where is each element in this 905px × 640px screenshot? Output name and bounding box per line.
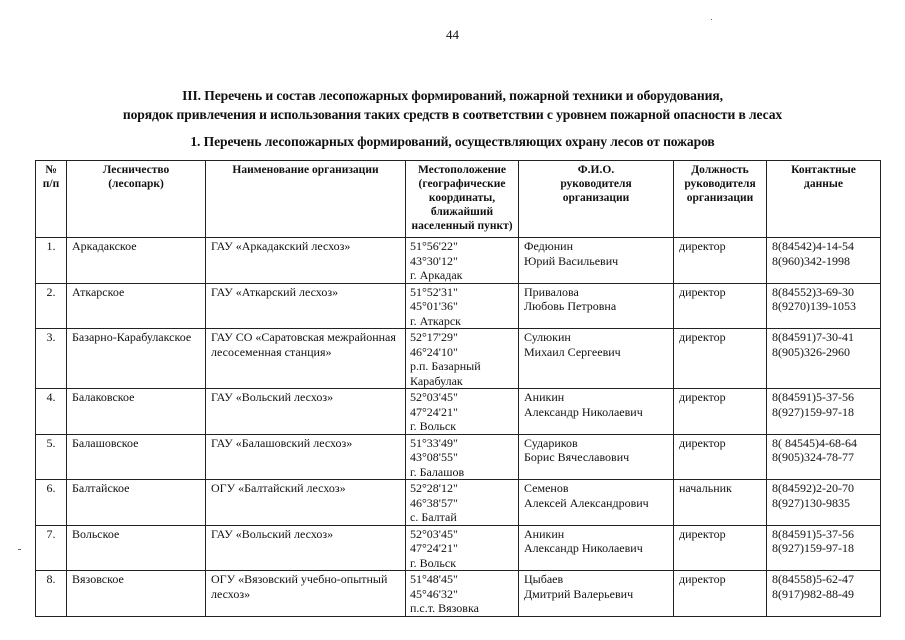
row-number: 7.	[36, 525, 67, 571]
section-title-line-2: порядок привлечения и использования таки…	[0, 105, 905, 124]
header-contacts: Контактные данные	[767, 161, 881, 238]
scan-speck	[18, 549, 21, 550]
head-position: директор	[674, 283, 767, 329]
table-header-row: № п/п Лесничество (лесопарк) Наименовани…	[36, 161, 881, 238]
forestry-name: Вязовское	[67, 571, 206, 617]
location: 52°03'45" 47°24'21" г. Вольск	[406, 525, 519, 571]
contacts: 8(84552)3-69-30 8(9270)139-1053	[767, 283, 881, 329]
row-number: 3.	[36, 329, 67, 389]
forestry-name: Аткарское	[67, 283, 206, 329]
head-name: Федюнин Юрий Васильевич	[519, 238, 674, 284]
header-position: Должность руководителя организации	[674, 161, 767, 238]
table-row: 3. Базарно-Карабулакское ГАУ СО «Саратов…	[36, 329, 881, 389]
location: 52°17'29" 46°24'10" р.п. Базарный Карабу…	[406, 329, 519, 389]
table-row: 2. Аткарское ГАУ «Аткарский лесхоз» 51°5…	[36, 283, 881, 329]
location: 51°33'49" 43°08'55" г. Балашов	[406, 434, 519, 480]
forestry-name: Вольское	[67, 525, 206, 571]
head-position: директор	[674, 434, 767, 480]
location: 51°52'31" 45°01'36" г. Аткарск	[406, 283, 519, 329]
table-row: 7. Вольское ГАУ «Вольский лесхоз» 52°03'…	[36, 525, 881, 571]
row-number: 2.	[36, 283, 67, 329]
organization-name: ГАУ «Вольский лесхоз»	[206, 389, 406, 435]
location: 52°28'12" 46°38'57" с. Балтай	[406, 480, 519, 526]
head-name: Аникин Александр Николаевич	[519, 525, 674, 571]
table-row: 6. Балтайское ОГУ «Балтайский лесхоз» 52…	[36, 480, 881, 526]
header-number: № п/п	[36, 161, 67, 238]
head-name: Сулюкин Михаил Сергеевич	[519, 329, 674, 389]
head-name: Аникин Александр Николаевич	[519, 389, 674, 435]
forestry-name: Балашовское	[67, 434, 206, 480]
head-position: директор	[674, 238, 767, 284]
contacts: 8(84558)5-62-47 8(917)982-88-49	[767, 571, 881, 617]
table-row: 8. Вязовское ОГУ «Вязовский учебно-опытн…	[36, 571, 881, 617]
contacts: 8(84591)5-37-56 8(927)159-97-18	[767, 525, 881, 571]
header-organization: Наименование организации	[206, 161, 406, 238]
table-row: 1. Аркадакское ГАУ «Аркадакский лесхоз» …	[36, 238, 881, 284]
head-position: директор	[674, 329, 767, 389]
forestry-name: Базарно-Карабулакское	[67, 329, 206, 389]
contacts: 8(84542)4-14-54 8(960)342-1998	[767, 238, 881, 284]
forestry-name: Балаковское	[67, 389, 206, 435]
head-position: директор	[674, 389, 767, 435]
head-name: Семенов Алексей Александрович	[519, 480, 674, 526]
location: 52°03'45" 47°24'21" г. Вольск	[406, 389, 519, 435]
head-position: директор	[674, 571, 767, 617]
subsection-title: 1. Перечень лесопожарных формирований, о…	[0, 134, 905, 150]
location: 51°48'45" 45°46'32" п.с.т. Вязовка	[406, 571, 519, 617]
formations-table: № п/п Лесничество (лесопарк) Наименовани…	[35, 160, 881, 617]
row-number: 6.	[36, 480, 67, 526]
organization-name: ОГУ «Вязовский учебно-опытный лесхоз»	[206, 571, 406, 617]
scan-speck	[711, 19, 712, 20]
section-title: III. Перечень и состав лесопожарных форм…	[0, 86, 905, 124]
organization-name: ГАУ СО «Саратовская межрайонная лесосеме…	[206, 329, 406, 389]
organization-name: ГАУ «Аткарский лесхоз»	[206, 283, 406, 329]
row-number: 8.	[36, 571, 67, 617]
section-title-line-1: III. Перечень и состав лесопожарных форм…	[0, 86, 905, 105]
forestry-name: Аркадакское	[67, 238, 206, 284]
head-position: директор	[674, 525, 767, 571]
organization-name: ГАУ «Вольский лесхоз»	[206, 525, 406, 571]
row-number: 4.	[36, 389, 67, 435]
head-name: Привалова Любовь Петровна	[519, 283, 674, 329]
row-number: 1.	[36, 238, 67, 284]
head-name: Судариков Борис Вячеславович	[519, 434, 674, 480]
table-row: 4. Балаковское ГАУ «Вольский лесхоз» 52°…	[36, 389, 881, 435]
contacts: 8(84592)2-20-70 8(927)130-9835	[767, 480, 881, 526]
header-forestry: Лесничество (лесопарк)	[67, 161, 206, 238]
head-name: Цыбаев Дмитрий Валерьевич	[519, 571, 674, 617]
table-row: 5. Балашовское ГАУ «Балашовский лесхоз» …	[36, 434, 881, 480]
organization-name: ГАУ «Балашовский лесхоз»	[206, 434, 406, 480]
organization-name: ГАУ «Аркадакский лесхоз»	[206, 238, 406, 284]
row-number: 5.	[36, 434, 67, 480]
location: 51°56'22" 43°30'12" г. Аркадак	[406, 238, 519, 284]
contacts: 8(84591)5-37-56 8(927)159-97-18	[767, 389, 881, 435]
forestry-name: Балтайское	[67, 480, 206, 526]
contacts: 8( 84545)4-68-64 8(905)324-78-77	[767, 434, 881, 480]
contacts: 8(84591)7-30-41 8(905)326-2960	[767, 329, 881, 389]
header-head-name: Ф.И.О. руководителя организации	[519, 161, 674, 238]
organization-name: ОГУ «Балтайский лесхоз»	[206, 480, 406, 526]
header-location: Местоположение (географические координат…	[406, 161, 519, 238]
page-number: 44	[0, 27, 905, 43]
head-position: начальник	[674, 480, 767, 526]
